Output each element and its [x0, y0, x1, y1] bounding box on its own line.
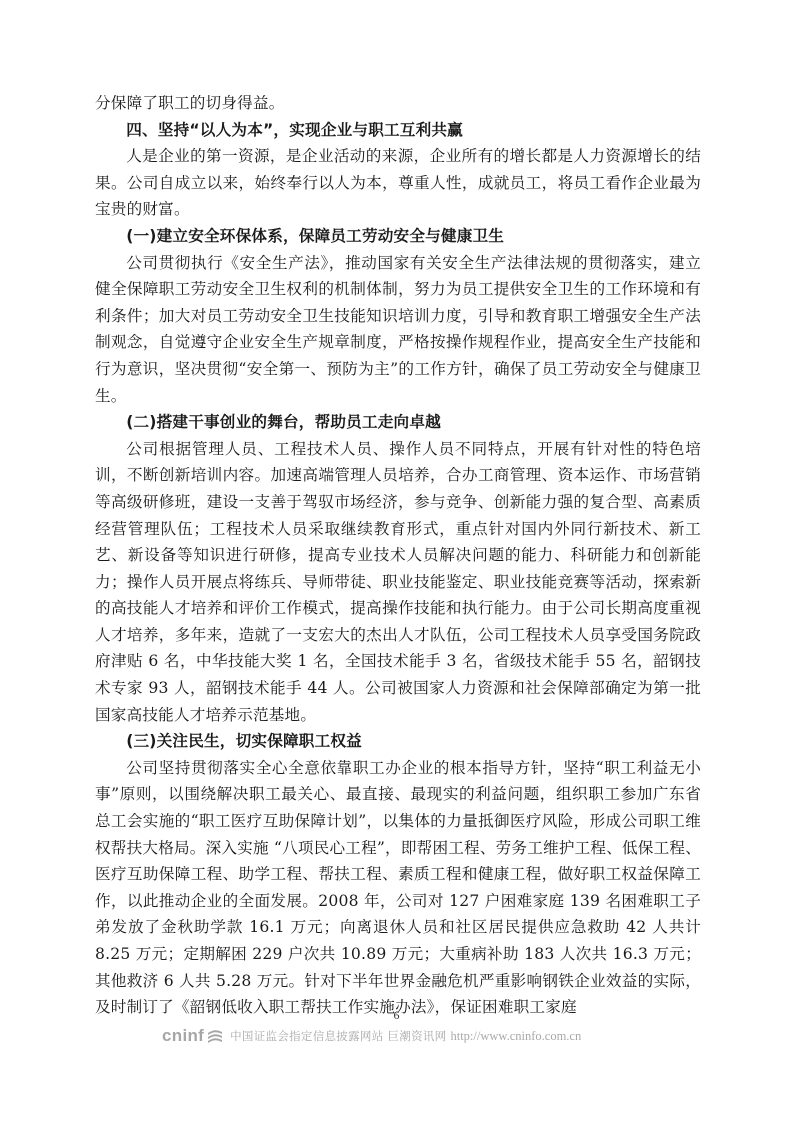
paragraph-safety: 公司贯彻执行《安全生产法》，推动国家有关安全生产法律法规的贯彻落实，建立健全保障…: [95, 250, 701, 410]
paragraph-welfare: 公司坚持贯彻落实全心全意依靠职工办企业的根本指导方针，坚持“职工利益无小事”原则…: [95, 755, 701, 1021]
paragraph-training: 公司根据管理人员、工程技术人员、操作人员不同特点，开展有针对性的特色培训，不断创…: [95, 436, 701, 729]
paragraph-continuation: 分保障了职工的切身得益。: [95, 90, 701, 117]
footer-site-name: 中国证监会指定信息披露网站 巨潮资讯网: [230, 1028, 446, 1044]
document-page: 分保障了职工的切身得益。 四、坚持“以人为本”，实现企业与职工互利共赢 人是企业…: [95, 90, 701, 1021]
footer-watermark: cninf 中国证监会指定信息披露网站 巨潮资讯网 http://www.cni…: [162, 1026, 581, 1046]
section-heading-4: 四、坚持“以人为本”，实现企业与职工互利共赢: [95, 117, 701, 144]
page-number: 6: [0, 1008, 793, 1023]
paragraph-people-first: 人是企业的第一资源，是企业活动的来源，企业所有的增长都是人力资源增长的结果。公司…: [95, 143, 701, 223]
subheading-career: (二)搭建干事创业的舞台，帮助员工走向卓越: [95, 409, 701, 436]
subheading-safety: (一)建立安全环保体系，保障员工劳动安全与健康卫生: [95, 223, 701, 250]
footer-url[interactable]: http://www.cninfo.com.cn: [450, 1029, 581, 1044]
footer-logo-text: cninf: [162, 1026, 204, 1046]
subheading-welfare: (三)关注民生，切实保障职工权益: [95, 728, 701, 755]
cninfo-logo-icon: [206, 1028, 224, 1044]
